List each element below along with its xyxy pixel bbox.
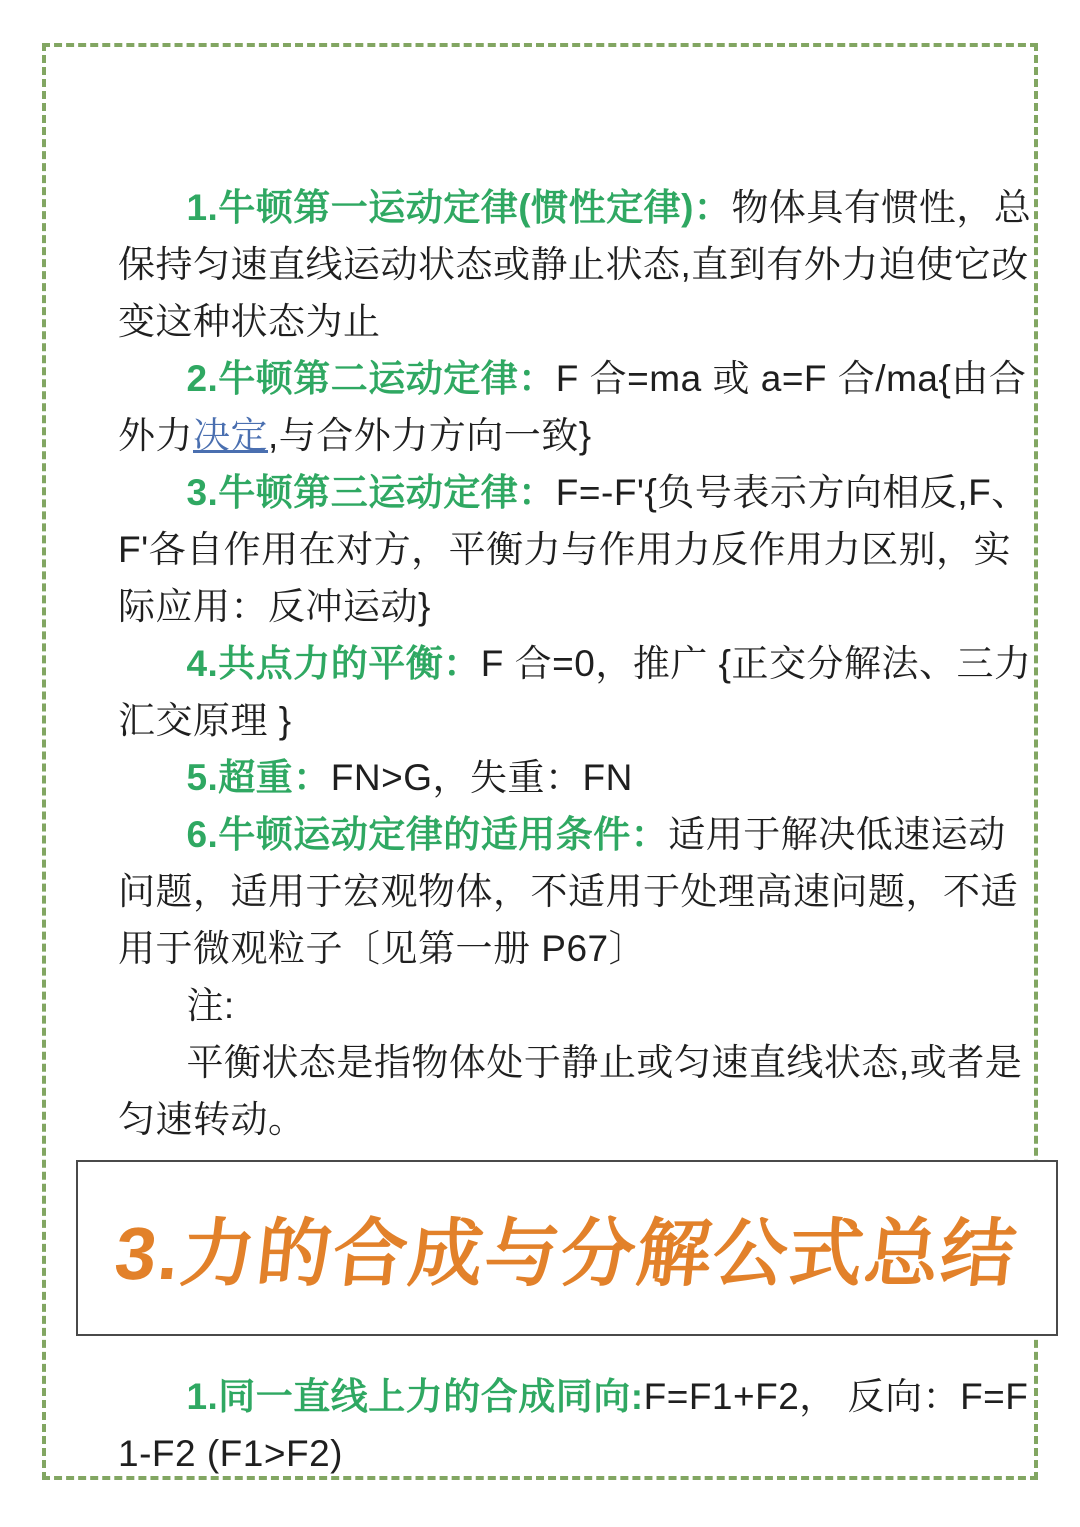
law-item-1: 1.牛顿第一运动定律(惯性定律)：物体具有惯性，总保持匀速直线运动状态或静止状态…: [118, 179, 1034, 350]
law-label-4: 4.共点力的平衡：: [186, 643, 480, 684]
law-item-3: 3.牛顿第三运动定律：F=-F'{负号表示方向相反,F、F'各自作用在对方，平衡…: [118, 464, 1034, 635]
law-text-5: FN>G，失重：FN: [331, 757, 633, 798]
law-text-2-post: ,与合外力方向一致}: [268, 415, 592, 456]
section-title-box: 3.力的合成与分解公式总结: [76, 1160, 1058, 1336]
law-label-5: 5.超重：: [186, 757, 330, 798]
law-item-4: 4.共点力的平衡：F 合=0，推广 {正交分解法、三力汇交原理 }: [118, 635, 1034, 749]
dashed-frame: 1.牛顿第一运动定律(惯性定律)：物体具有惯性，总保持匀速直线运动状态或静止状态…: [42, 43, 1038, 1480]
law-label-1: 1.牛顿第一运动定律(惯性定律)：: [186, 187, 731, 228]
law-item-2: 2.牛顿第二运动定律：F 合=ma 或 a=F 合/ma{由合外力决定,与合外力…: [118, 350, 1034, 464]
law-label-2: 2.牛顿第二运动定律：: [186, 358, 555, 399]
law-item-6: 6.牛顿运动定律的适用条件：适用于解决低速运动问题，适用于宏观物体，不适用于处理…: [118, 806, 1034, 977]
law-label-3: 3.牛顿第三运动定律：: [186, 472, 555, 513]
note-label: 注:: [118, 977, 1034, 1034]
force-label-1: 1.同一直线上力的合成同向:: [186, 1376, 643, 1417]
notes-page: 1.牛顿第一运动定律(惯性定律)：物体具有惯性，总保持匀速直线运动状态或静止状态…: [0, 0, 1080, 1527]
notes-content: 1.牛顿第一运动定律(惯性定律)：物体具有惯性，总保持匀速直线运动状态或静止状态…: [118, 179, 1034, 1482]
law-label-6: 6.牛顿运动定律的适用条件：: [186, 814, 668, 855]
decide-link[interactable]: 决定: [193, 415, 268, 456]
law-item-5: 5.超重：FN>G，失重：FN: [118, 749, 1034, 806]
note-text: 平衡状态是指物体处于静止或匀速直线状态,或者是匀速转动。: [118, 1034, 1034, 1148]
section-title: 3.力的合成与分解公式总结: [111, 1195, 1024, 1301]
force-item-1: 1.同一直线上力的合成同向:F=F1+F2， 反向：F=F1-F2 (F1>F2…: [118, 1368, 1034, 1482]
